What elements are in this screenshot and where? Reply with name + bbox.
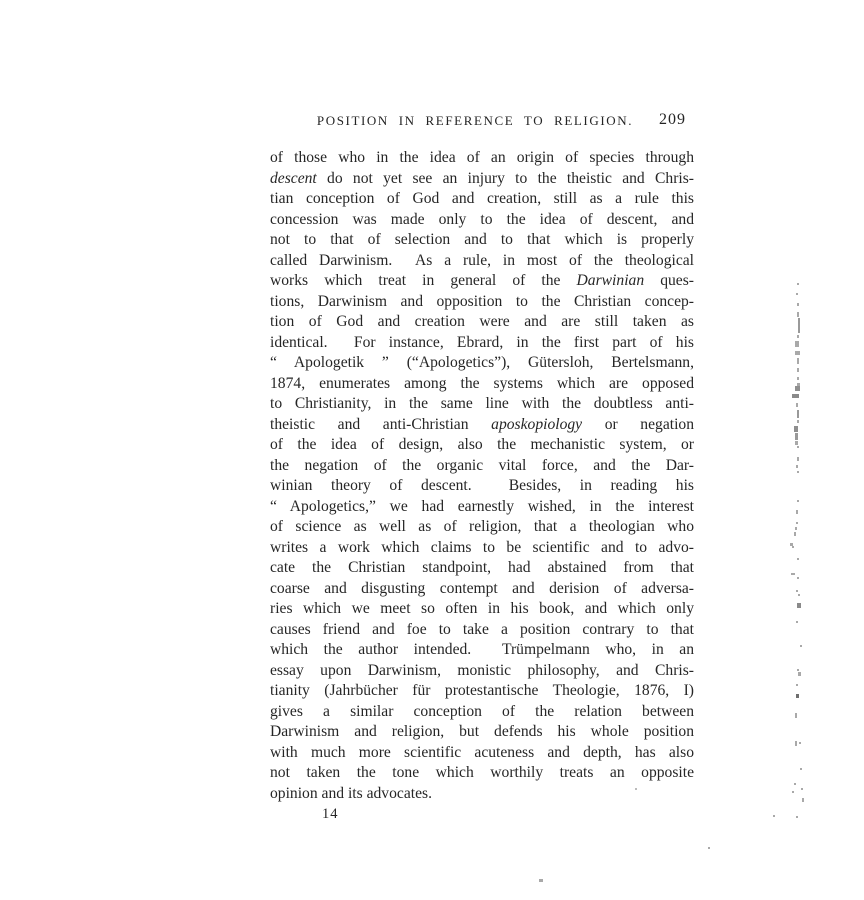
scan-speck (796, 621, 798, 623)
scan-speck (795, 441, 798, 445)
text-line: tian conception of God and creation, sti… (270, 189, 694, 210)
scan-speck (797, 669, 799, 671)
text-segment: of those who in the idea of an origin of… (270, 149, 694, 166)
scan-speck (800, 645, 802, 647)
text-segment: cate the Christian standpoint, had absta… (270, 559, 694, 576)
text-segment: 1874, enumerates among the systems which… (270, 375, 694, 392)
text-line: tion of God and creation were and are st… (270, 312, 694, 333)
text-segment: tion of God and creation were and are st… (270, 313, 694, 330)
text-line: essay upon Darwinism, monistic philosoph… (270, 661, 694, 682)
scan-speck (797, 446, 799, 448)
text-line: of science as well as of religion, that … (270, 517, 694, 538)
scan-speck (797, 603, 801, 608)
text-line: not taken the tone which worthily treats… (270, 763, 694, 784)
text-segment: “ Apologetics,” we had earnestly wished,… (270, 498, 694, 515)
text-line: causes friend and foe to take a position… (270, 620, 694, 641)
text-segment: which the author intended. Trümpelmann w… (270, 641, 694, 658)
scan-speck (795, 741, 797, 746)
text-line: cate the Christian standpoint, had absta… (270, 558, 694, 579)
text-segment: coarse and disgusting contempt and deris… (270, 580, 694, 597)
scan-speck (797, 457, 799, 461)
scan-speck (795, 713, 797, 718)
scan-speck (797, 410, 799, 418)
scan-speck (791, 573, 795, 575)
text-segment: of the idea of design, also the mechanis… (270, 436, 694, 453)
scan-speck (797, 577, 799, 579)
scan-speck (797, 383, 800, 386)
scan-speck (795, 527, 797, 530)
text-line: theistic and anti-Christian aposkopiolog… (270, 415, 694, 436)
running-head: POSITION IN REFERENCE TO RELIGION. (270, 113, 680, 129)
text-line: opinion and its advocates. (270, 784, 694, 805)
scan-speck (792, 394, 799, 398)
text-segment: causes friend and foe to take a position… (270, 621, 694, 638)
scan-speck (794, 783, 796, 785)
text-line: Darwinism and religion, but defends his … (270, 722, 694, 743)
text-line: writes a work which claims to be scienti… (270, 538, 694, 559)
scan-speck (797, 283, 799, 285)
text-line: winian theory of descent. Besides, in re… (270, 476, 694, 497)
scan-speck (539, 879, 543, 882)
signature-mark: 14 (322, 806, 339, 823)
text-line: with much more scientific acuteness and … (270, 743, 694, 764)
text-segment: of science as well as of religion, that … (270, 518, 694, 535)
scan-speck (792, 791, 794, 793)
text-segment: ries which we meet so often in his book,… (270, 600, 694, 617)
scan-speck (798, 318, 800, 333)
text-line: “ Apologetics,” we had earnestly wished,… (270, 497, 694, 518)
scan-speck (794, 426, 798, 432)
scan-speck (797, 471, 799, 473)
text-line: coarse and disgusting contempt and deris… (270, 579, 694, 600)
scan-speck (794, 532, 796, 536)
text-segment: with much more scientific acuteness and … (270, 744, 694, 761)
text-line: of the idea of design, also the mechanis… (270, 435, 694, 456)
scan-speck (790, 543, 793, 546)
text-segment: do not yet see an injury to the theistic… (317, 170, 694, 187)
scan-speck (773, 815, 775, 817)
text-line: “ Apologetik ” (“Apologetics”), Güterslo… (270, 353, 694, 374)
text-segment: “ Apologetik ” (“Apologetics”), Güterslo… (270, 354, 694, 371)
scan-speck (797, 312, 799, 317)
scan-speck (796, 694, 799, 698)
body-text: of those who in the idea of an origin of… (270, 148, 694, 804)
text-segment: tions, Darwinism and opposition to the C… (270, 293, 694, 310)
text-segment: gives a similar conception of the relati… (270, 703, 694, 720)
scan-speck (796, 403, 798, 407)
text-segment: opinion and its advocates. (270, 785, 432, 802)
text-segment: Darwinism and religion, but defends his … (270, 723, 694, 740)
scan-speck (797, 368, 799, 372)
text-line: of those who in the idea of an origin of… (270, 148, 694, 169)
scan-speck (800, 768, 802, 770)
text-segment: not taken the tone which worthily treats… (270, 764, 694, 781)
text-segment: concession was made only to the idea of … (270, 211, 694, 228)
text-line: tions, Darwinism and opposition to the C… (270, 292, 694, 313)
text-segment: ques- (644, 272, 694, 289)
text-segment: essay upon Darwinism, monistic philosoph… (270, 662, 694, 679)
text-segment: the negation of the organic vital force,… (270, 457, 694, 474)
text-segment: to Christianity, in the same line with t… (270, 395, 694, 412)
scan-speck (797, 303, 799, 306)
text-line: the negation of the organic vital force,… (270, 456, 694, 477)
text-line: 1874, enumerates among the systems which… (270, 374, 694, 395)
text-segment: tian conception of God and creation, sti… (270, 190, 694, 207)
italic-text: Darwinian (577, 272, 645, 289)
scan-speck (796, 510, 798, 514)
text-line: works which treat in general of the Darw… (270, 271, 694, 292)
text-segment: works which treat in general of the (270, 272, 577, 289)
scan-speck (708, 847, 710, 849)
page-header: POSITION IN REFERENCE TO RELIGION. 209 (270, 111, 694, 131)
scan-speck (798, 672, 801, 676)
text-line: not to that of selection and to that whi… (270, 230, 694, 251)
scan-speck (802, 798, 804, 802)
scan-speck (799, 742, 801, 744)
scan-speck (798, 594, 800, 596)
text-segment: or negation (582, 416, 694, 433)
text-segment: called Darwinism. As a rule, in most of … (270, 252, 694, 269)
text-segment: winian theory of descent. Besides, in re… (270, 477, 694, 494)
scan-speck (795, 386, 800, 391)
scan-speck (796, 684, 798, 686)
text-segment: tianity (Jahrbücher für protestantische … (270, 682, 694, 699)
scan-speck (796, 816, 798, 818)
text-line: called Darwinism. As a rule, in most of … (270, 251, 694, 272)
text-line: concession was made only to the idea of … (270, 210, 694, 231)
scan-speck (792, 546, 794, 548)
italic-text: aposkopiology (491, 416, 582, 433)
scan-speck (795, 351, 800, 355)
scan-speck (797, 358, 799, 364)
text-line: to Christianity, in the same line with t… (270, 394, 694, 415)
text-segment: writes a work which claims to be scienti… (270, 539, 694, 556)
scan-speck (796, 465, 798, 468)
scan-speck (797, 335, 799, 338)
book-page: POSITION IN REFERENCE TO RELIGION. 209 o… (0, 0, 864, 900)
scan-speck (797, 377, 799, 380)
scan-speck (796, 293, 798, 295)
text-segment: not to that of selection and to that whi… (270, 231, 694, 248)
page-number: 209 (659, 111, 686, 129)
text-line: which the author intended. Trümpelmann w… (270, 640, 694, 661)
text-line: ries which we meet so often in his book,… (270, 599, 694, 620)
text-line: gives a similar conception of the relati… (270, 702, 694, 723)
scan-speck (796, 522, 798, 524)
scan-speck (795, 341, 799, 347)
text-segment: identical. For instance, Ebrard, in the … (270, 334, 694, 351)
scan-speck (795, 433, 798, 440)
scan-speck (801, 788, 803, 790)
text-segment: theistic and anti-Christian (270, 416, 491, 433)
text-line: identical. For instance, Ebrard, in the … (270, 333, 694, 354)
scan-speck (796, 590, 798, 592)
scan-speck (797, 500, 799, 502)
scan-speck (797, 558, 799, 560)
text-line: tianity (Jahrbücher für protestantische … (270, 681, 694, 702)
italic-text: descent (270, 170, 317, 187)
scan-speck (797, 420, 799, 423)
text-line: descent do not yet see an injury to the … (270, 169, 694, 190)
